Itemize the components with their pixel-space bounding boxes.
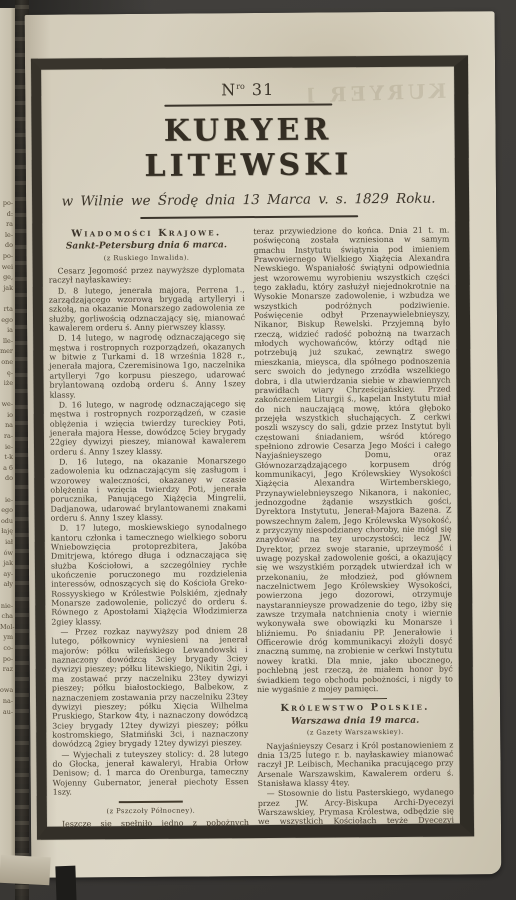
issue-prefix: N — [221, 80, 236, 99]
source-pszczoly-polnocney: (z Pszczoły Północney). — [53, 806, 249, 817]
paragraph: D. 16 lutego, w nagrodę odznaczającego s… — [50, 399, 246, 457]
section-divider-rule — [119, 801, 183, 803]
paragraph: — Przez rozkaz naywyższy pod dniem 28 lu… — [51, 626, 248, 749]
masthead-rule-bottom — [140, 215, 358, 219]
facing-page-edge: po- d: ra le- do po- wei ge, jak rta ego… — [0, 8, 15, 874]
paragraph: Jeszcze się spełniło jedno z pobożnych p… — [53, 818, 250, 829]
paragraph: D. 8 lutego, jenerała majora, Perrena 1.… — [49, 285, 245, 333]
newspaper-title: KURYER LITEWSKI — [46, 112, 450, 185]
section-heading-krajowe: Wiadomości Krajowe. — [48, 228, 244, 239]
masthead-rule-top — [164, 103, 332, 106]
paragraph: D. 14 lutego, w nagrodę odznaczającego s… — [49, 333, 246, 400]
scan-background: po- d: ra le- do po- wei ge, jak rta ego… — [0, 0, 516, 900]
masthead-dateline: w Wilnie we Środę dnia 13 Marca v. s. 18… — [47, 191, 450, 210]
issue-number: Nro31 — [46, 79, 449, 101]
source-ruskiego-inwalida: (z Ruskiego Inwalida). — [49, 253, 245, 264]
bottom-left-shadow-strip — [55, 866, 76, 900]
bottom-left-page-edge — [0, 855, 51, 886]
paragraph: teraz przywiedzione do końca. Dnia 21 t.… — [253, 226, 453, 695]
paragraph: Nayjaśnieyszy Cesarz i Król postanowieni… — [257, 740, 453, 788]
page-content: KURYER LITEWSKI Nro31 KURYER LITEWSKI w … — [41, 66, 460, 826]
source-gazety-warszawskiey: (z Gazety Warszawskiey). — [257, 728, 453, 739]
section-heading-polskie: Królewstwo Polskie. — [257, 703, 453, 714]
column-right: teraz przywiedzione do końca. Dnia 21 t.… — [253, 226, 454, 828]
paragraph: Cesarz Jegomość przez naywyższe dyplomat… — [49, 265, 245, 285]
paragraph: D. 17 lutego, moskiewskiego synodalnego … — [51, 522, 248, 626]
paragraph: — Wyjechali z tuteyszey stolicy: d. 28 l… — [52, 749, 248, 797]
page-border-frame: KURYER LITEWSKI Nro31 KURYER LITEWSKI w … — [31, 55, 474, 839]
dateline-warszawa: Warszawa dnia 19 marca. — [257, 716, 453, 727]
column-left: Wiadomości Krajowe. Sankt-Petersburg dni… — [48, 227, 249, 829]
issue-superscript: ro — [236, 82, 245, 91]
newspaper-page: KURYER LITEWSKI Nro31 KURYER LITEWSKI w … — [25, 11, 502, 878]
paragraph: D. 16 lutego, na okazanie Monarszego zad… — [50, 456, 247, 523]
paragraph: — Stosownie do listu Pasterskiego, wydan… — [258, 788, 455, 829]
section-divider-rule — [323, 698, 387, 700]
article-columns: Wiadomości Krajowe. Sankt-Petersburg dni… — [47, 226, 455, 829]
facing-page-text-fragments: po- d: ra le- do po- wei ge, jak rta ego… — [0, 198, 15, 717]
issue-value: 31 — [252, 80, 275, 99]
dateline-petersburg: Sankt-Petersburg dnia 6 marca. — [48, 241, 244, 252]
